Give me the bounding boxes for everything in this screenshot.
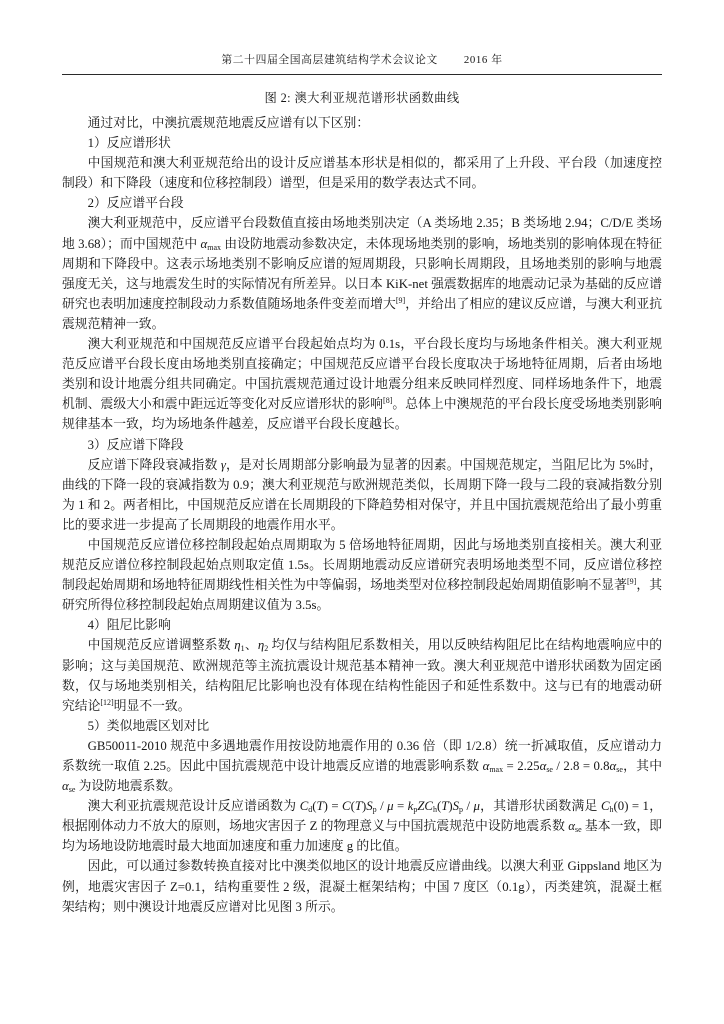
body-paragraph: 中国规范反应谱调整系数 η1、η2 均仅与结构阻尼系数相关，用以反映结构阻尼比在…: [62, 635, 662, 715]
body-paragraph: 因此，可以通过参数转换直接对比中澳类似地区的设计地震反应谱曲线。以澳大利亚 Gi…: [62, 856, 662, 916]
section-heading: 1）反应谱形状: [62, 133, 662, 153]
body-paragraph: 澳大利亚规范中，反应谱平台段数值直接由场地类别决定（A 类场地 2.35；B 类…: [62, 213, 662, 334]
body-paragraph: GB50011-2010 规范中多遇地震作用按设防地震作用的 0.36 倍（即 …: [62, 736, 662, 796]
section-heading: 4）阻尼比影响: [62, 615, 662, 635]
figure-caption: 图 2: 澳大利亚规范谱形状函数曲线: [62, 88, 662, 106]
conference-year: 2016 年: [464, 54, 503, 66]
section-heading: 3）反应谱下降段: [62, 435, 662, 455]
conference-title: 第二十四届全国高层建筑结构学术会议论文: [221, 54, 438, 66]
body-paragraph: 澳大利亚抗震规范设计反应谱函数为 Cd(T) = C(T)Sp / μ = kp…: [62, 796, 662, 856]
paper-page: 第二十四届全国高层建筑结构学术会议论文2016 年 图 2: 澳大利亚规范谱形状…: [0, 0, 724, 1024]
body-paragraph: 澳大利亚规范和中国规范反应谱平台段起始点均为 0.1s，平台段长度均与场地条件相…: [62, 334, 662, 434]
section-heading: 2）反应谱平台段: [62, 193, 662, 213]
body-paragraph: 中国规范和澳大利亚规范给出的设计反应谱基本形状是相似的，都采用了上升段、平台段（…: [62, 153, 662, 193]
body-paragraph: 反应谱下降段衰减指数 γ，是对长周期部分影响最为显著的因素。中国规范规定，当阻尼…: [62, 455, 662, 535]
running-header: 第二十四届全国高层建筑结构学术会议论文2016 年: [62, 52, 662, 75]
section-heading: 5）类似地震区划对比: [62, 716, 662, 736]
paragraph-list: 通过对比，中澳抗震规范地震反应谱有以下区别：1）反应谱形状中国规范和澳大利亚规范…: [62, 113, 662, 917]
page-content: 第二十四届全国高层建筑结构学术会议论文2016 年 图 2: 澳大利亚规范谱形状…: [62, 0, 662, 917]
body-paragraph: 中国规范反应谱位移控制段起始点周期取为 5 倍场地特征周期，因此与场地类别直接相…: [62, 535, 662, 615]
body-paragraph: 通过对比，中澳抗震规范地震反应谱有以下区别：: [62, 113, 662, 133]
